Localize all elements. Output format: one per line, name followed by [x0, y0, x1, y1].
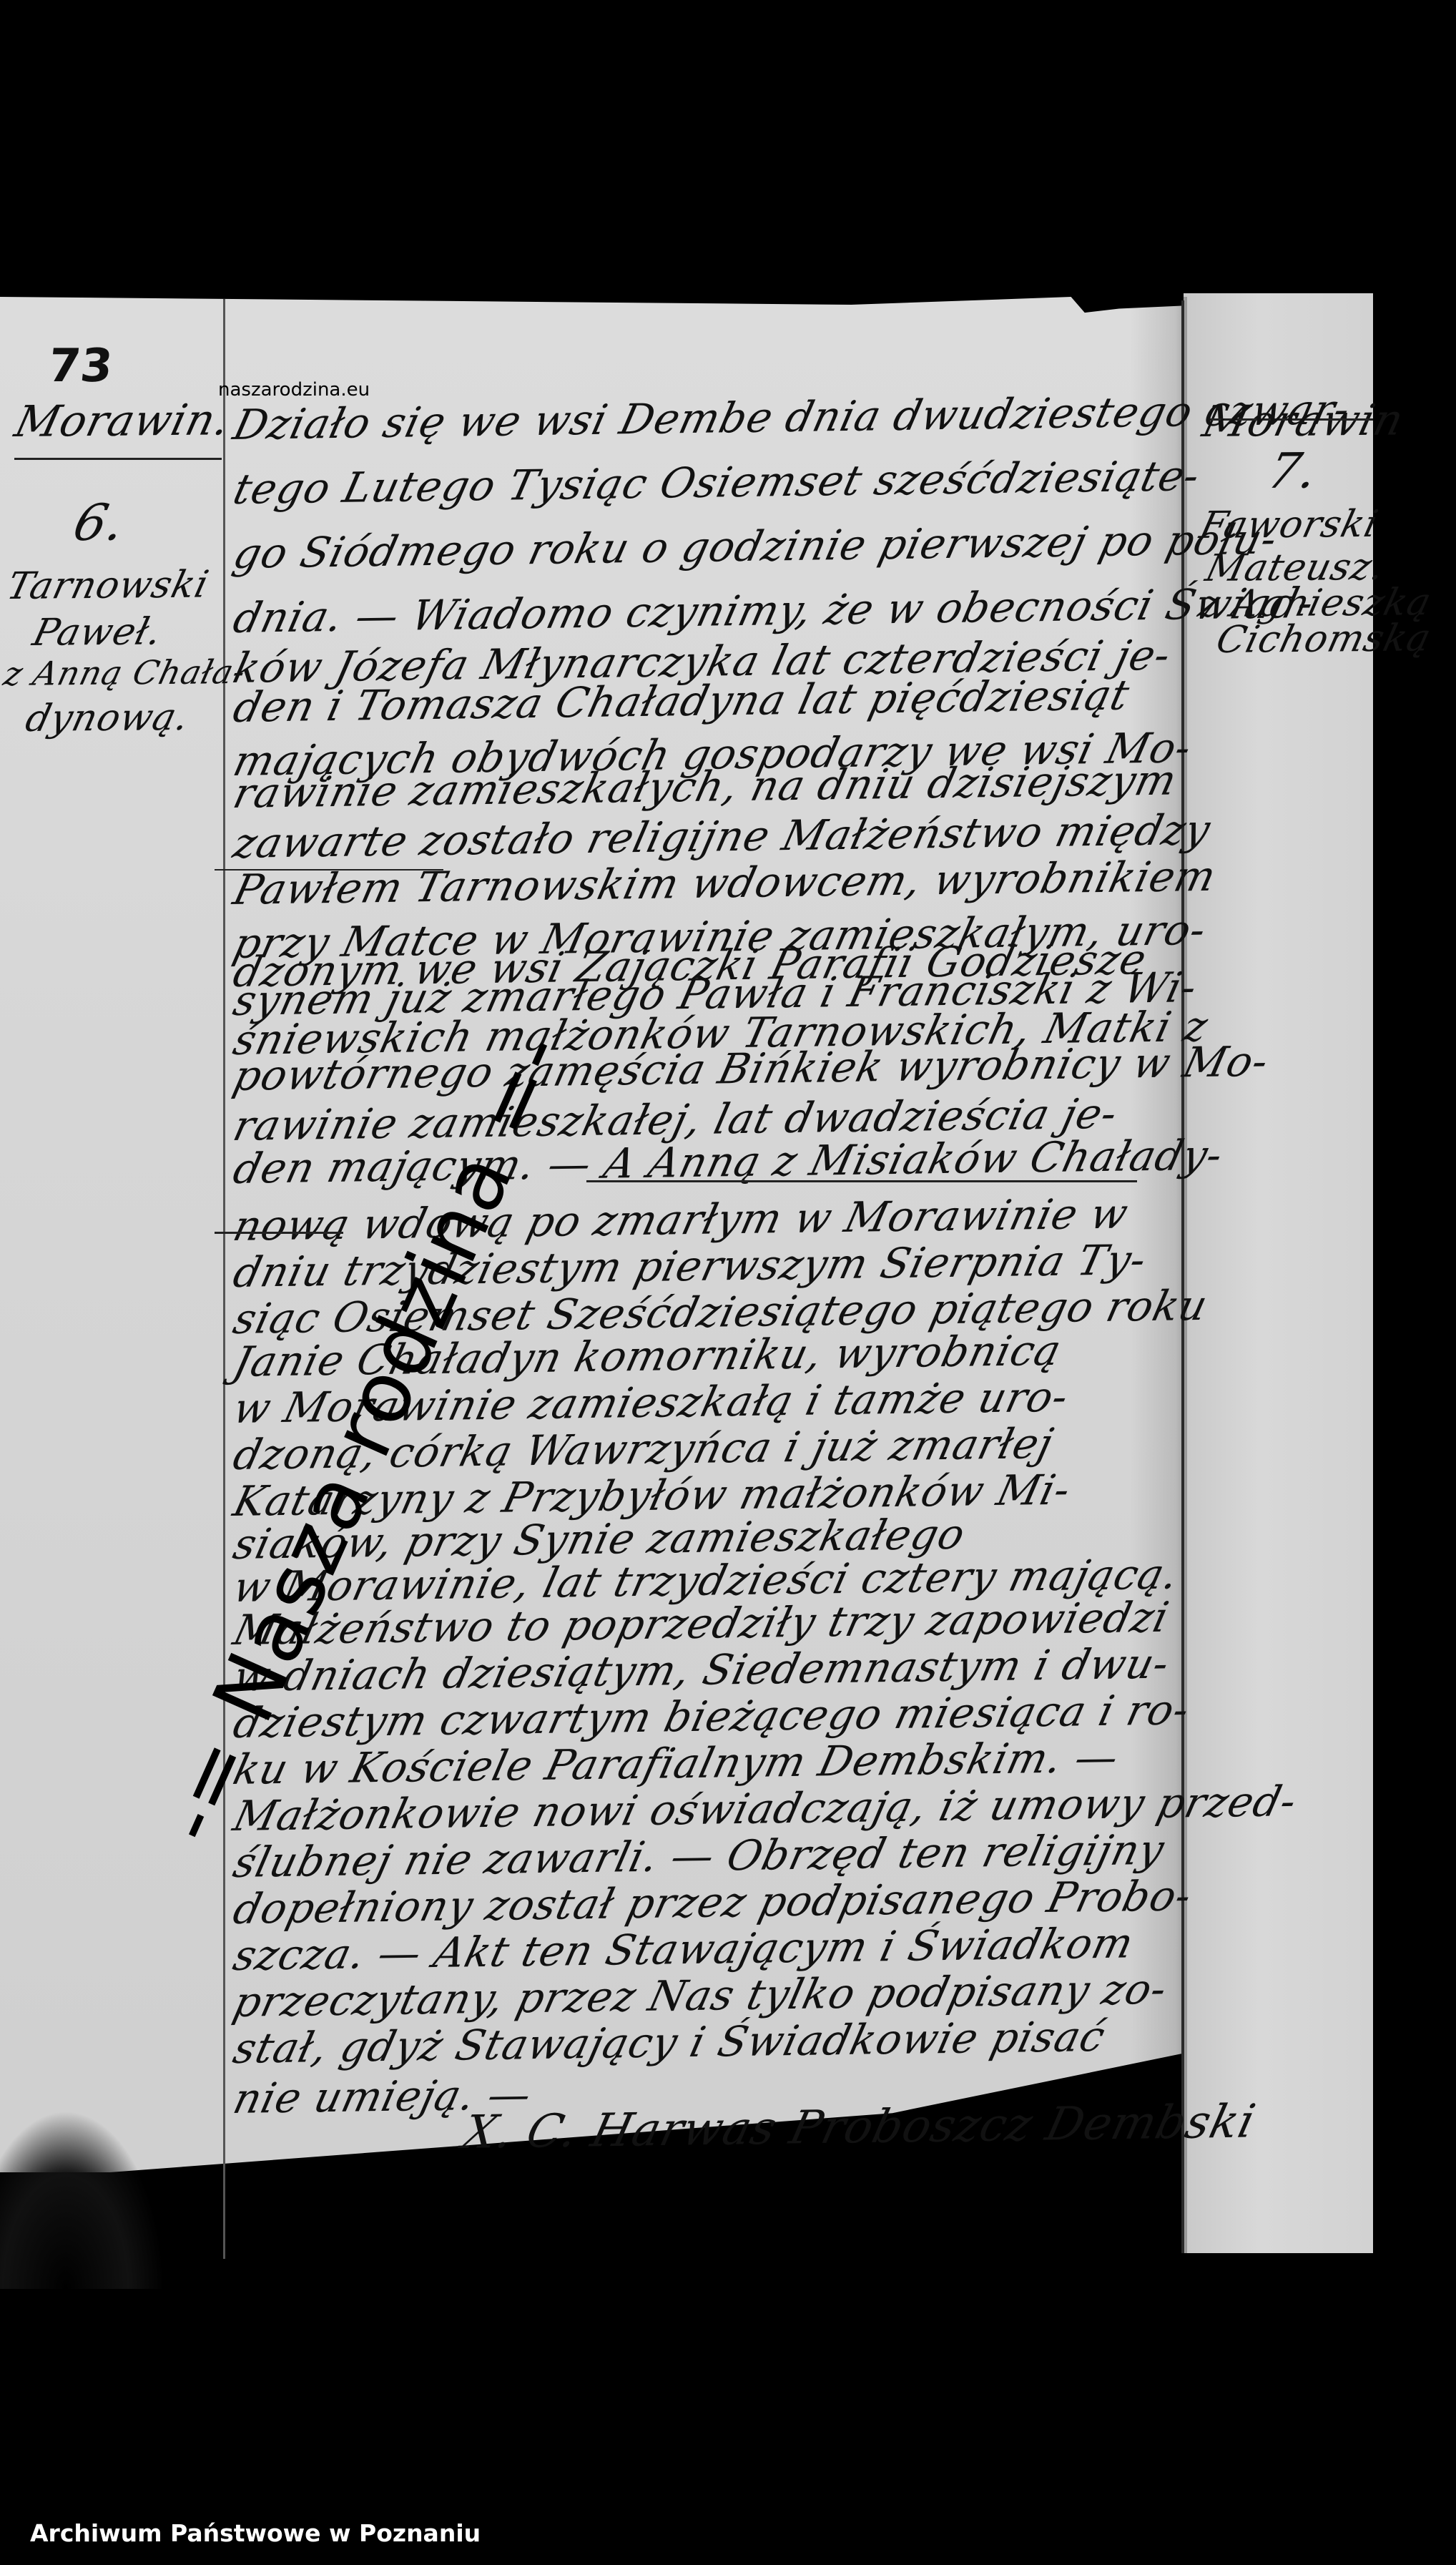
left-margin-rule [223, 299, 225, 2259]
name-underline [215, 869, 443, 870]
left-margin-place: Morawin. [10, 395, 235, 447]
name-underline [215, 1232, 343, 1234]
left-margin-line: dynową. [21, 696, 194, 740]
scan-shadow [0, 2110, 164, 2289]
left-margin-line: Paweł. [29, 610, 167, 654]
site-watermark-label: naszarodzina.eu [218, 379, 370, 401]
left-margin-underline [14, 458, 222, 460]
left-margin-line: Tarnowski [3, 563, 213, 608]
archive-caption: Archiwum Państwowe w Poznaniu [30, 2519, 481, 2547]
priest-signature: X. C. Harwas Proboszcz Dembski [458, 2095, 1261, 2159]
left-margin-line: z Anną Chała- [0, 652, 250, 693]
name-underline [586, 1180, 1137, 1182]
folio-number: 73 [46, 340, 115, 393]
